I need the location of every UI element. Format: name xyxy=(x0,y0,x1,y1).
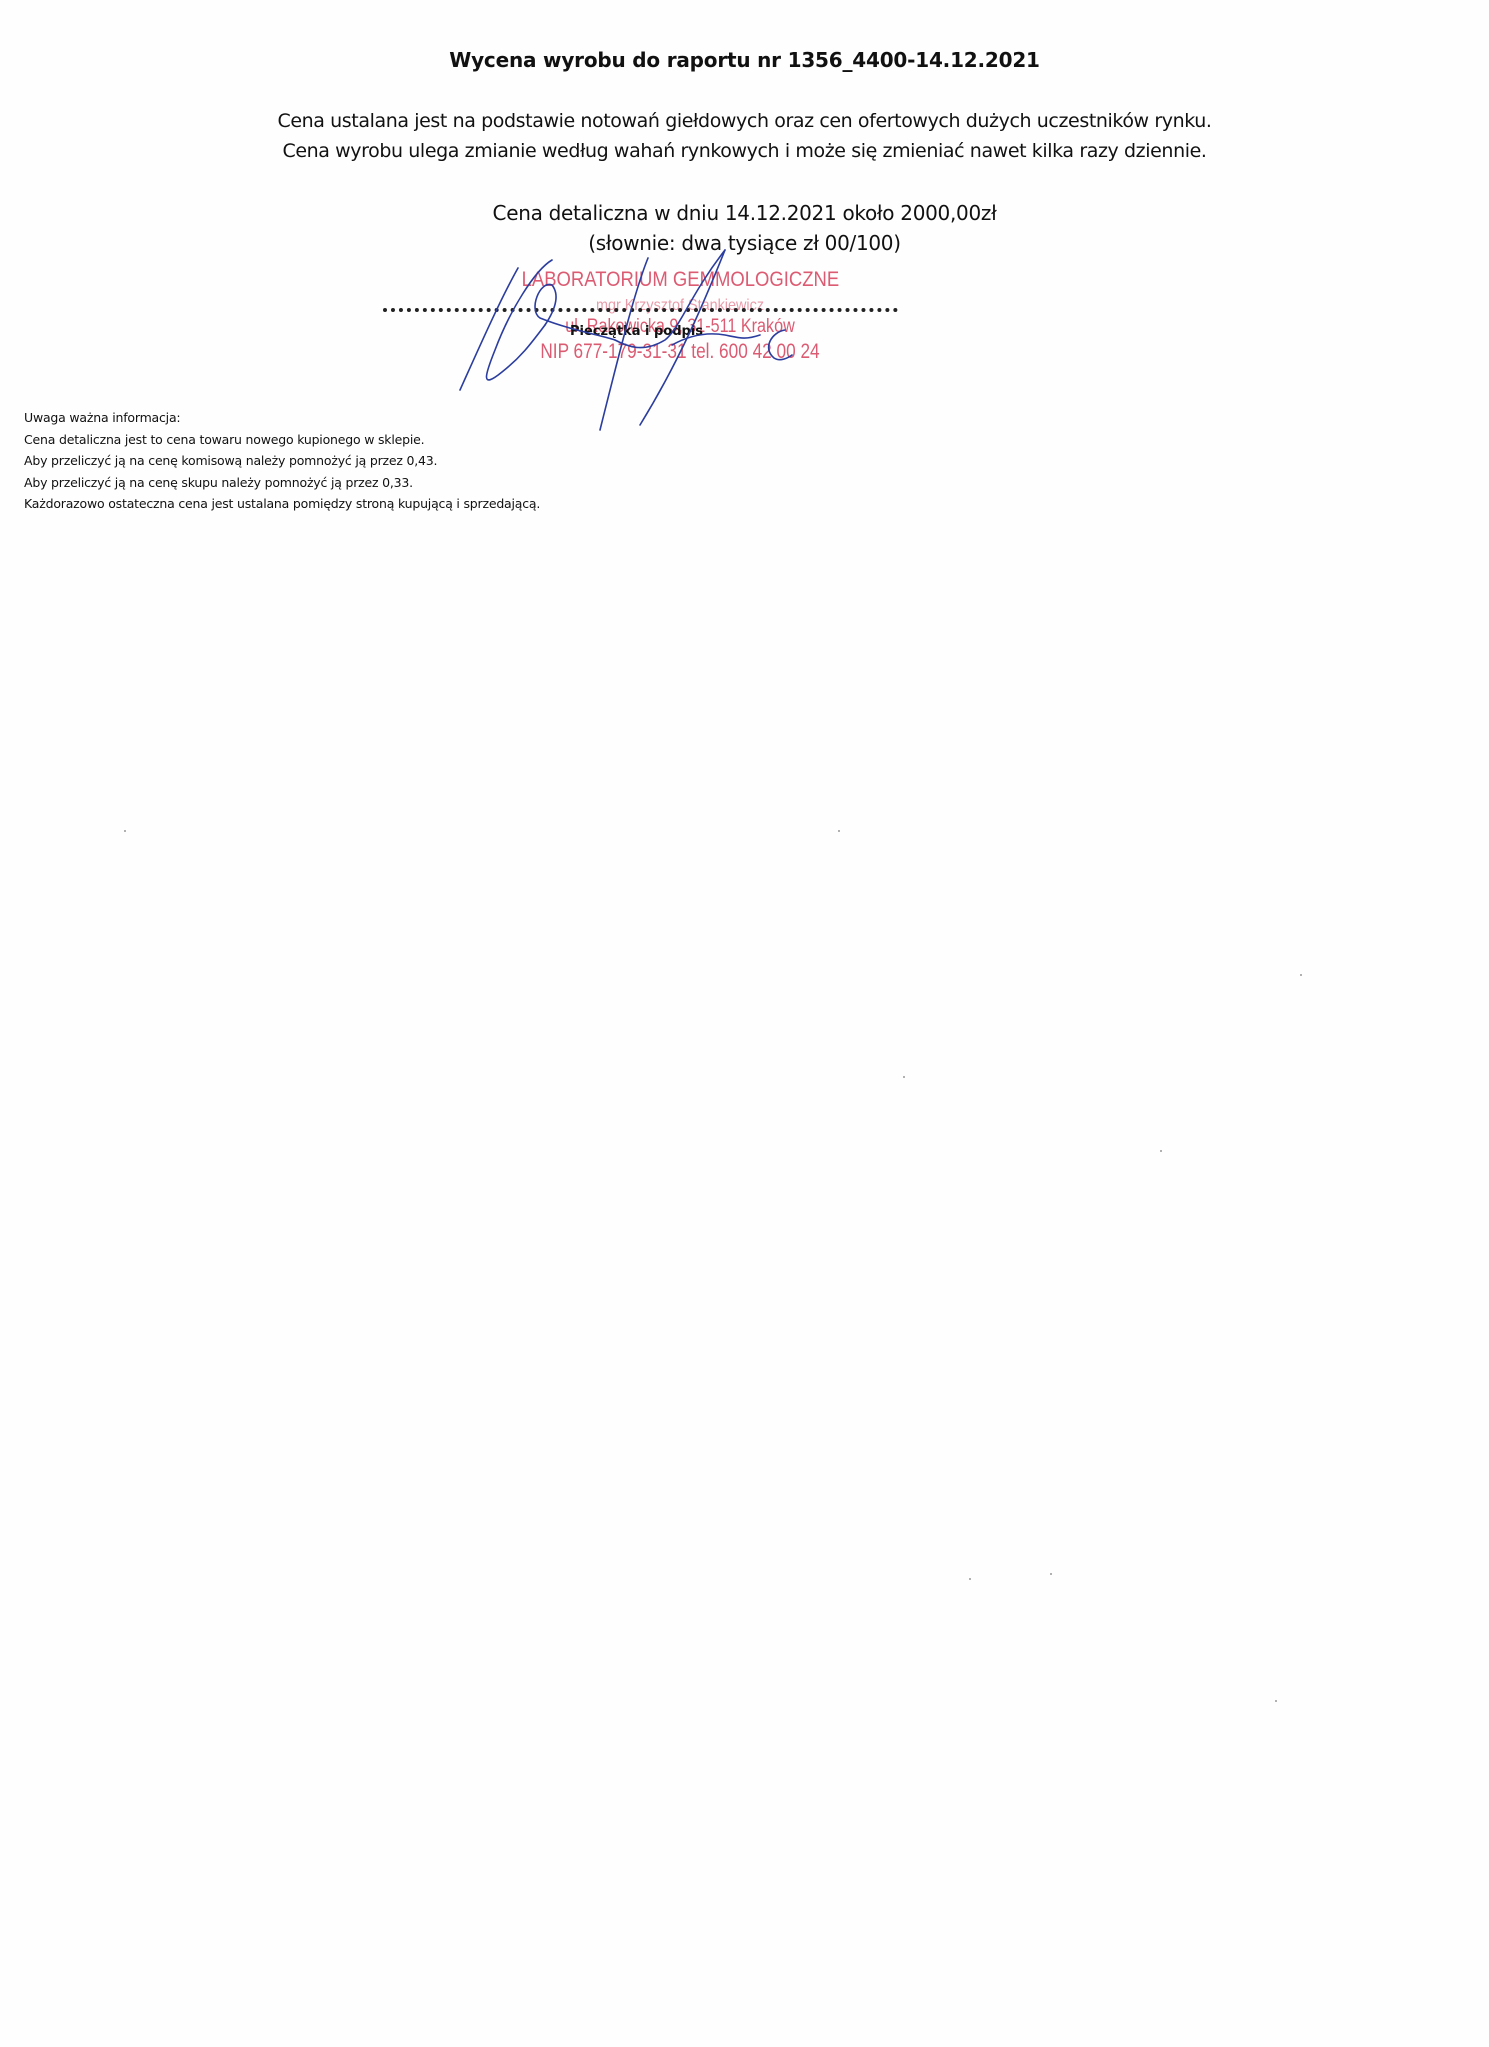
note-line: Aby przeliczyć ją na cenę skupu należy p… xyxy=(24,472,540,494)
document-title: Wycena wyrobu do raportu nr 1356_4400-14… xyxy=(0,48,1489,72)
scan-speck xyxy=(969,1578,971,1580)
scan-speck xyxy=(903,1076,905,1078)
intro-line: Cena ustalana jest na podstawie notowań … xyxy=(0,106,1489,136)
signature-label: Pieczątka i podpis xyxy=(570,324,703,339)
intro-paragraph: Cena ustalana jest na podstawie notowań … xyxy=(0,106,1489,166)
notes-heading: Uwaga ważna informacja: xyxy=(24,407,540,429)
signature-dotted-line xyxy=(383,308,898,316)
scan-speck xyxy=(1275,1700,1277,1702)
laboratory-stamp: LABORATORIUM GEMMOLOGICZNE mgr Krzysztof… xyxy=(500,268,860,364)
note-line: Każdorazowo ostateczna cena jest ustalan… xyxy=(24,493,540,515)
retail-price-line: Cena detaliczna w dniu 14.12.2021 około … xyxy=(0,198,1489,228)
scan-speck xyxy=(1300,974,1302,976)
important-notes: Uwaga ważna informacja: Cena detaliczna … xyxy=(24,407,540,515)
scan-speck xyxy=(124,830,126,832)
scanned-page: Wycena wyrobu do raportu nr 1356_4400-14… xyxy=(0,0,1489,2047)
scan-speck xyxy=(1050,1573,1052,1575)
note-line: Cena detaliczna jest to cena towaru nowe… xyxy=(24,429,540,451)
price-in-words-line: (słownie: dwa tysiące zł 00/100) xyxy=(0,228,1489,258)
stamp-line: NIP 677-179-31-31 tel. 600 42 00 24 xyxy=(532,340,827,364)
scan-speck xyxy=(838,830,840,832)
note-line: Aby przeliczyć ją na cenę komisową należ… xyxy=(24,450,540,472)
scan-speck xyxy=(1160,1150,1162,1152)
intro-line: Cena wyrobu ulega zmianie według wahań r… xyxy=(0,136,1489,166)
retail-price-block: Cena detaliczna w dniu 14.12.2021 około … xyxy=(0,198,1489,258)
stamp-line: LABORATORIUM GEMMOLOGICZNE xyxy=(522,268,839,292)
